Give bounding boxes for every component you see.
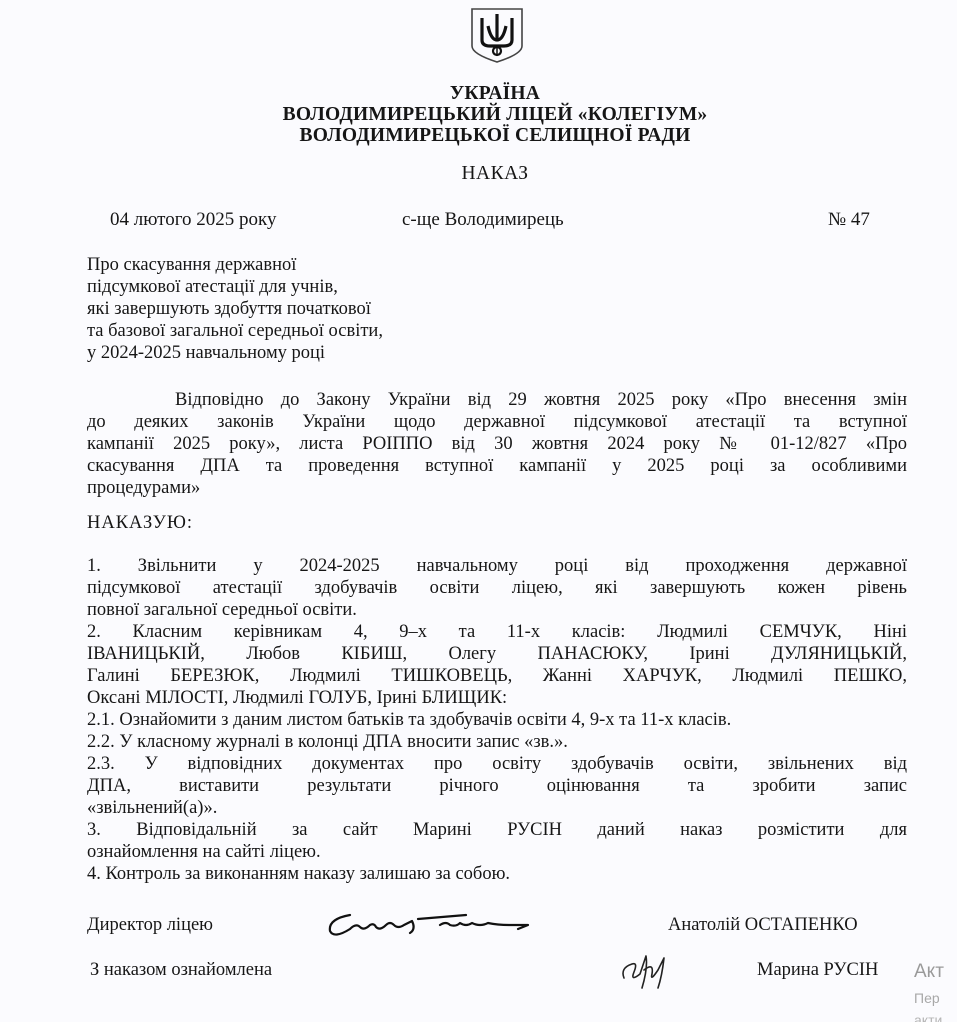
preamble-line: Відповідно до Закону України від 29 жовт… [87,389,907,411]
header-institution: ВОЛОДИМИРЕЦЬКИЙ ЛІЦЕЙ «КОЛЕГІУМ» [0,104,957,126]
director-role: Директор ліцею [87,915,213,936]
subject-line: у 2024-2025 навчальному році [87,342,383,364]
order-item-line: 2.3. У відповідних документах про освіту… [87,753,907,775]
order-item-line: 4. Контроль за виконанням наказу залишаю… [87,863,907,885]
acknowledgement-label: З наказом ознайомлена [90,960,272,981]
os-activation-watermark-title: Акт [914,961,944,983]
order-item-line: 2.1. Ознайомити з даним листом батьків т… [87,709,907,731]
order-item-line: «звільнений(а)». [87,797,907,819]
order-item-line: Галині БЕРЕЗЮК, Людмилі ТИШКОВЕЦЬ, Жанні… [87,665,907,687]
subject-line: Про скасування державної [87,254,383,276]
os-activation-watermark-text: Пер [914,990,940,1006]
order-item-line: 3. Відповідальній за сайт Марині РУСІН д… [87,819,907,841]
scanned-order-page: УКРАЇНА ВОЛОДИМИРЕЦЬКИЙ ЛІЦЕЙ «КОЛЕГІУМ»… [0,0,957,1022]
subject-line: та базової загальної середньої освіти, [87,320,383,342]
acknowledgement-signature-icon [614,948,674,994]
order-item-line: повної загальної середньої освіти. [87,599,907,621]
order-item-line: ДПА, виставити результати річного оцінюв… [87,775,907,797]
director-signature-icon [320,905,550,941]
subject-line: які завершують здобуття початкової [87,298,383,320]
order-item-line: 1. Звільнити у 2024-2025 навчальному роц… [87,555,907,577]
order-item-line: 2. Класним керівникам 4, 9–х та 11-х кла… [87,621,907,643]
order-item-line: Оксані МІЛОСТІ, Людмилі ГОЛУБ, Ірині БЛИ… [87,687,907,709]
document-title: НАКАЗ [0,163,957,185]
order-item-line: підсумкової атестації здобувачів освіти … [87,577,907,599]
order-number: № 47 [828,209,870,231]
order-items: 1. Звільнити у 2024-2025 навчальному роц… [87,555,907,885]
preamble-line: процедурами» [87,477,907,499]
order-place: с-ще Володимирець [402,209,564,231]
order-date: 04 лютого 2025 року [110,209,277,231]
preamble-line: скасування ДПА та проведення вступної ка… [87,455,907,477]
preamble-paragraph: Відповідно до Закону України від 29 жовт… [87,389,907,499]
subject-line: підсумкової атестації для учнів, [87,276,383,298]
order-item-line: 2.2. У класному журналі в колонці ДПА вн… [87,731,907,753]
ukraine-trident-emblem-icon [469,6,525,64]
order-subject: Про скасування державної підсумкової ате… [87,254,383,364]
preamble-line: до деяких законів України щодо державної… [87,411,907,433]
os-activation-watermark-text: акти [914,1012,942,1022]
order-item-line: ІВАНИЦЬКІЙ, Любов КІБИШ, Олегу ПАНАСЮКУ,… [87,643,907,665]
order-heading: НАКАЗУЮ: [87,513,193,534]
header-council: ВОЛОДИМИРЕЦЬКОЇ СЕЛИЩНОЇ РАДИ [0,125,957,147]
preamble-line: кампанії 2025 року», листа РОІППО від 30… [87,433,907,455]
order-item-line: ознайомлення на сайті ліцею. [87,841,907,863]
header-country: УКРАЇНА [0,83,957,105]
director-name: Анатолій ОСТАПЕНКО [668,915,858,936]
acknowledgement-name: Марина РУСІН [757,960,878,981]
